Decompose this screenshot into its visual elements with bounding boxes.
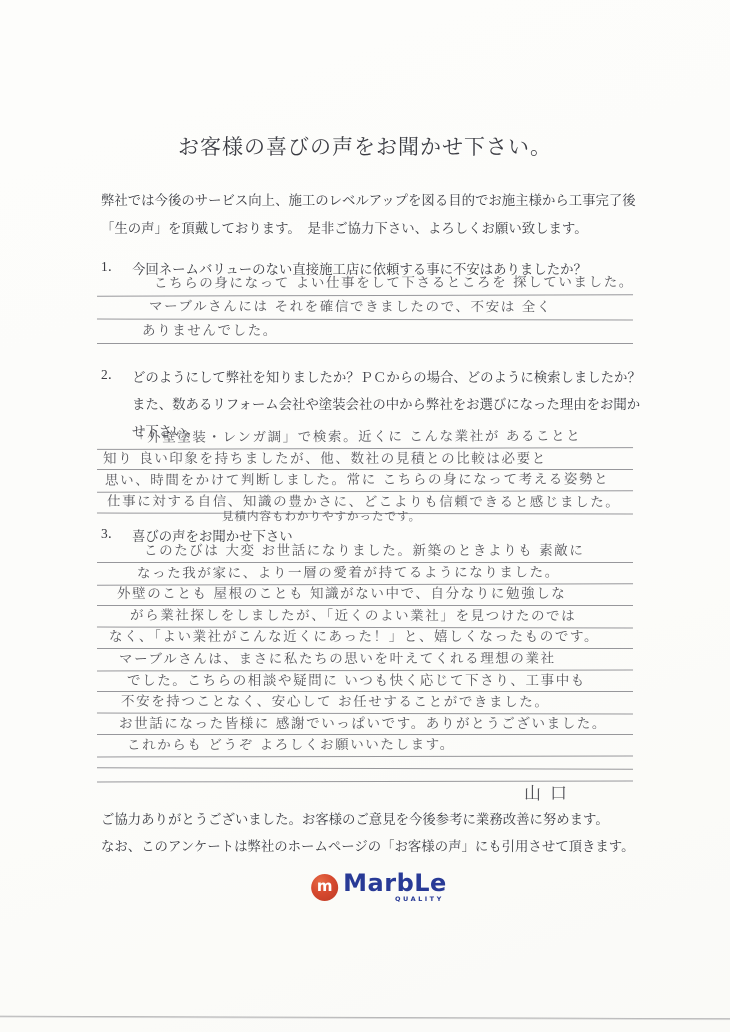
intro-line: 「生の声」を頂戴しております。 是非ご協力下さい、よろしくお願い致します。 (101, 215, 661, 243)
handwritten-answer-line: 知り 良い印象を持ちましたが、他、数社の見積との比較は必要と (97, 449, 633, 471)
answer-block-1: こちらの身になって よい仕事をして下さるところを 探していました。 マーブルさん… (97, 272, 633, 344)
footer-line: なお、このアンケートは弊社のホームページの「お客様の声」にも引用させて頂きます。 (101, 834, 661, 861)
page-title: お客様の喜びの声をお聞かせ下さい。 (0, 131, 730, 161)
handwritten-answer-line: マーブルさんには それを確信できましたので、不安は 全く (97, 296, 633, 321)
handwritten-signature: 山口 (524, 779, 576, 804)
intro-line: 弊社では今後のサービス向上、施工のレベルアップを図る目的でお施主様から工事完了後 (101, 187, 661, 215)
handwritten-answer-line: 不安を持つことなく、安心して お任せすることができました。 (97, 692, 633, 715)
handwritten-answer-line: マーブルさんは、まさに私たちの思いを叶えてくれる理想の業社 (97, 649, 633, 672)
empty-ruled-line (97, 767, 633, 769)
handwritten-answer-line: このたびは 大変 お世話になりました。新築のときよりも 素敵に (97, 541, 633, 563)
marble-logo-m-letter: m (317, 879, 333, 894)
handwritten-answer-line: なく、「よい業社がこんな近くにあった！」と、嬉しくなったものです。 (97, 627, 633, 649)
intro-paragraph: 弊社では今後のサービス向上、施工のレベルアップを図る目的でお施主様から工事完了後… (101, 187, 661, 243)
marble-logo-circle-icon: m (311, 874, 338, 901)
footer-line: ご協力ありがとうございました。お客様のご意見を今後参考に業務改善に努めます。 (101, 807, 661, 834)
question-text: また、数あるリフォーム会社や塗装会社の中から弊社をお選びになった理由をお聞か (132, 391, 641, 418)
brand-tagline: QUALITY (343, 895, 447, 903)
handwritten-answer-line: お世話になった皆様に 感謝でいっぱいです。ありがとうございました。 (97, 714, 633, 736)
handwritten-answer-line: 「外壁塗装・レンガ調」で検索。近くに こんな業社が あることと (97, 426, 633, 449)
handwritten-answer-line: ありませんでした。 (97, 320, 633, 344)
question-text: どのようにして弊社を知りましたか？ＰＣからの場合、どのように検索しましたか？ (132, 364, 641, 391)
handwritten-answer-line: 思い、時間をかけて判断しました。常に こちらの身になって考える姿勢と (97, 469, 633, 492)
handwritten-answer-line: これからも どうぞ よろしくお願いいたします。 (97, 735, 633, 758)
handwritten-answer-line: でした。こちらの相談や疑問に いつも快く応じて下さり、工事中も (97, 671, 633, 693)
footer-paragraph: ご協力ありがとうございました。お客様のご意見を今後参考に業務改善に努めます。 な… (101, 807, 661, 860)
handwritten-answer-line: こちらの身になって よい仕事をして下さるところを 探していました。 (97, 271, 633, 296)
marble-logo: m MarbLe QUALITY (311, 872, 447, 903)
answer-block-2: 「外壁塗装・レンガ調」で検索。近くに こんな業社が あることと 知り 良い印象を… (97, 427, 633, 513)
paper-edge-shadow (0, 1016, 730, 1021)
handwritten-answer-line: がら業社探しをしましたが、「近くのよい業社」を見つけたのでは (97, 605, 633, 628)
marble-logo-wordmark: MarbLe QUALITY (343, 872, 447, 903)
handwritten-answer-line: 外壁のことも 屋根のことも 知識がない中で、自分なりに勉強しな (97, 584, 633, 606)
handwritten-answer-line: なった我が家に、より一層の愛着が持てるようになりました。 (97, 562, 633, 585)
answer-block-3: このたびは 大変 お世話になりました。新築のときよりも 素敵に なった我が家に、… (97, 541, 633, 757)
handwritten-inserted-note: 見積内容もわかりやすかったです。 (222, 508, 421, 524)
brand-name: MarbLe (343, 872, 447, 894)
scanned-questionnaire-page: お客様の喜びの声をお聞かせ下さい。 弊社では今後のサービス向上、施工のレベルアッ… (0, 0, 730, 1032)
